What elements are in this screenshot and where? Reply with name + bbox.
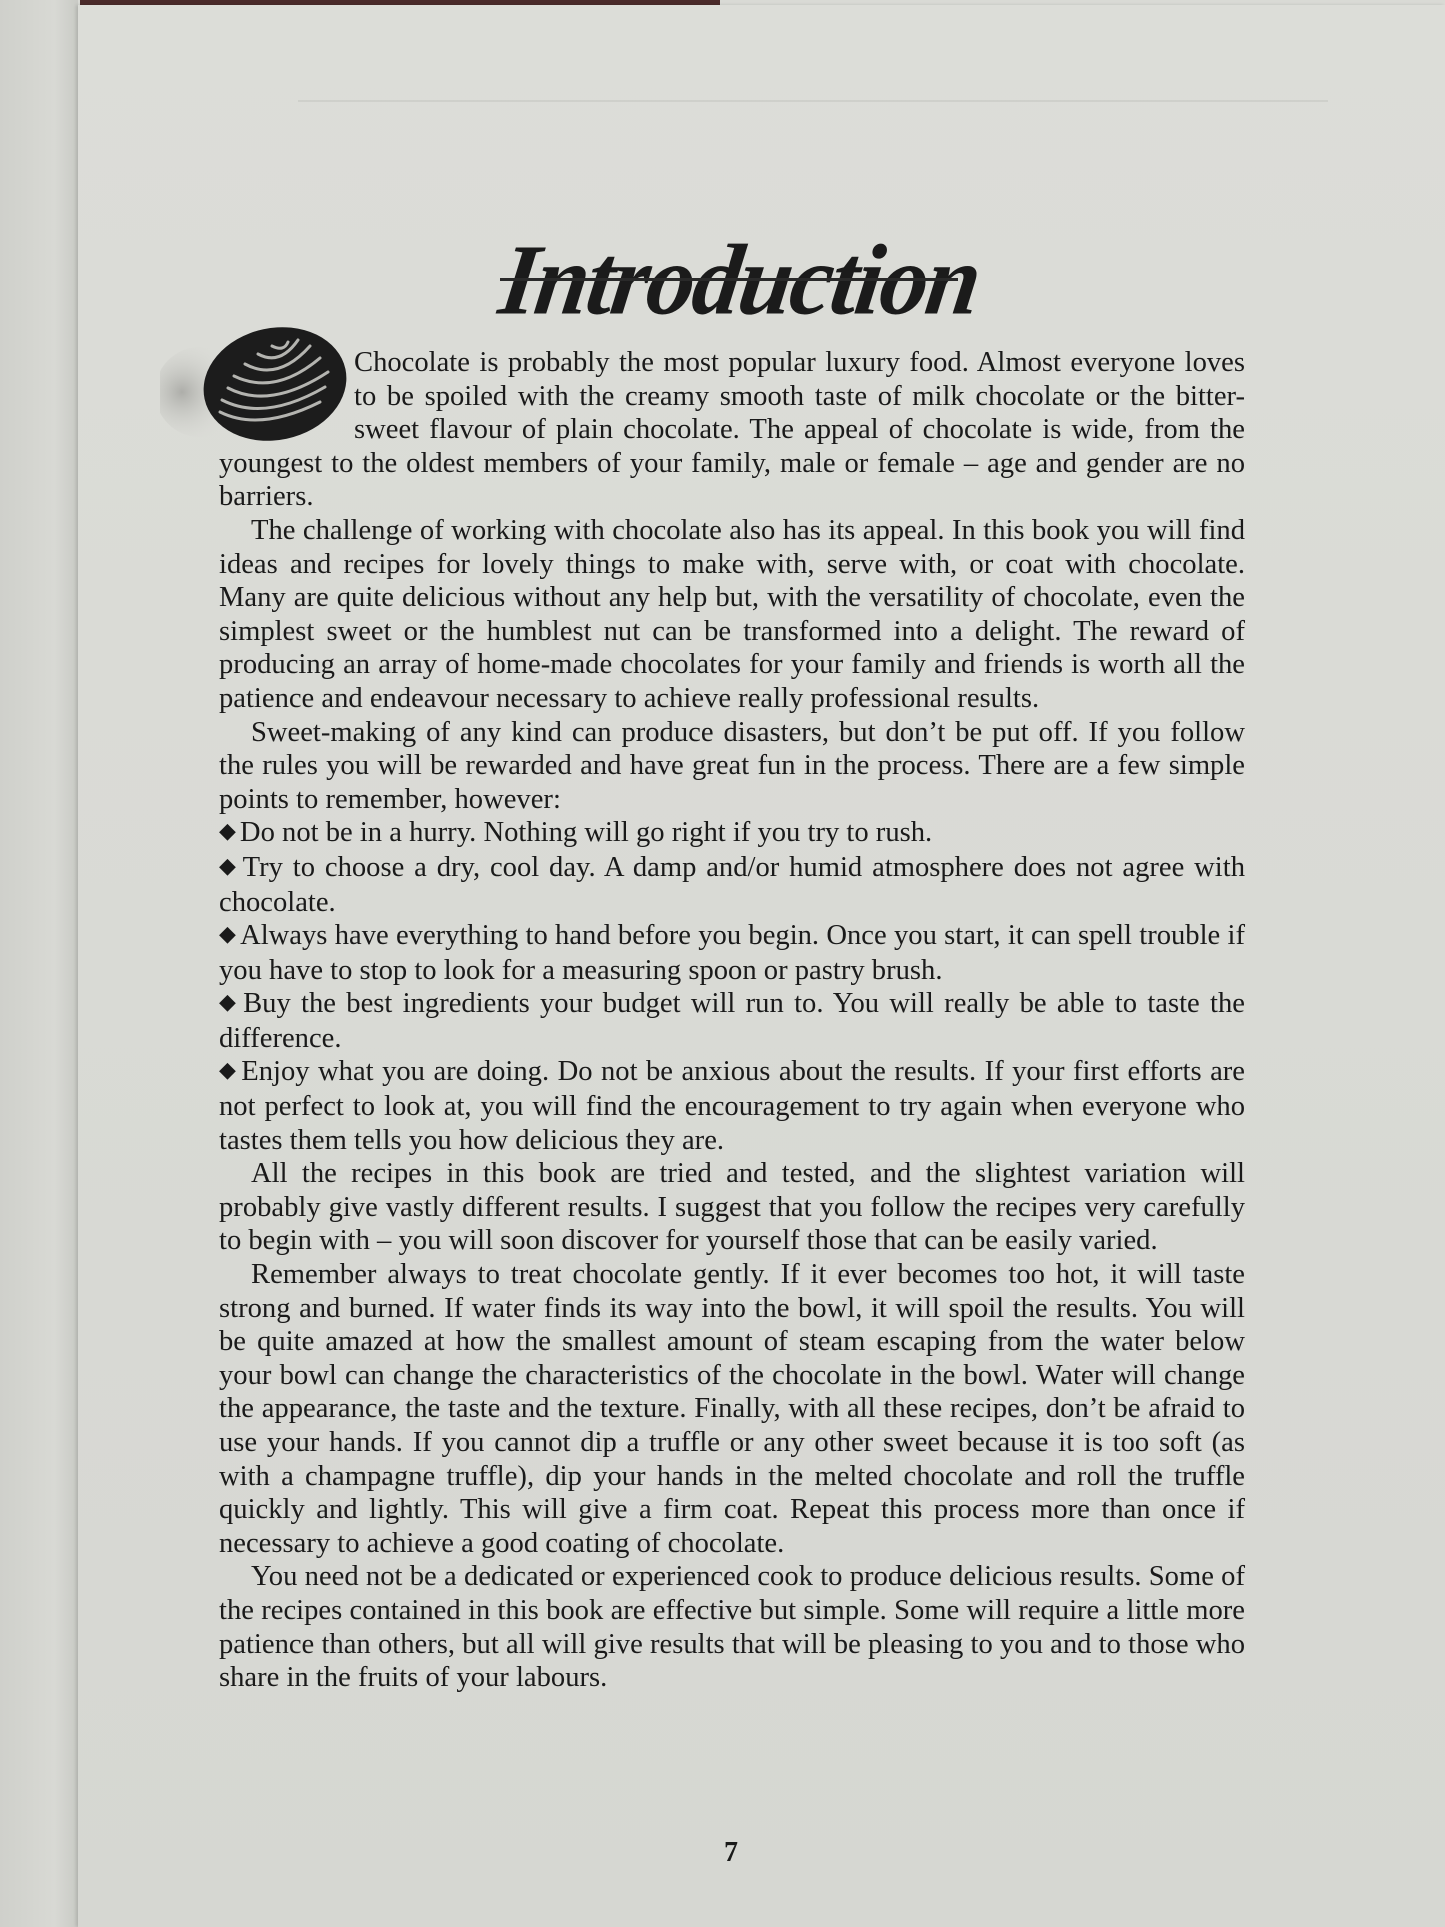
illustration-space (219, 346, 354, 446)
bullet-text: Enjoy what you are doing. Do not be anxi… (219, 1056, 1245, 1155)
paragraph: Chocolate is probably the most popular l… (219, 346, 1245, 514)
show-through-header (298, 100, 1328, 102)
bullet-text: Buy the best ingredients your budget wil… (219, 988, 1245, 1054)
bullet-text: Try to choose a dry, cool day. A damp an… (219, 852, 1245, 918)
bullet-item: ◆Do not be in a hurry. Nothing will go r… (219, 816, 1245, 851)
body-text: Chocolate is probably the most popular l… (219, 346, 1245, 1695)
bullet-text: Always have everything to hand before yo… (219, 920, 1245, 986)
title-underline (500, 278, 958, 281)
bullet-item: ◆Buy the best ingredients your budget wi… (219, 987, 1245, 1055)
diamond-bullet-icon: ◆ (219, 989, 239, 1014)
paragraph: The challenge of working with chocolate … (219, 514, 1245, 716)
facing-page-edge (0, 0, 78, 1927)
paragraph: All the recipes in this book are tried a… (219, 1157, 1245, 1258)
diamond-bullet-icon: ◆ (219, 921, 236, 946)
bullet-item: ◆Enjoy what you are doing. Do not be anx… (219, 1055, 1245, 1157)
bullet-item: ◆Try to choose a dry, cool day. A damp a… (219, 851, 1245, 919)
paragraph: You need not be a dedicated or experienc… (219, 1560, 1245, 1694)
bullet-text: Do not be in a hurry. Nothing will go ri… (240, 817, 932, 848)
diamond-bullet-icon: ◆ (219, 818, 236, 843)
paragraph: Remember always to treat chocolate gentl… (219, 1258, 1245, 1560)
diamond-bullet-icon: ◆ (219, 853, 239, 878)
bullet-item: ◆Always have everything to hand before y… (219, 919, 1245, 987)
paragraph: Sweet-making of any kind can produce dis… (219, 716, 1245, 817)
page-number: 7 (724, 1837, 738, 1869)
diamond-bullet-icon: ◆ (219, 1057, 237, 1082)
